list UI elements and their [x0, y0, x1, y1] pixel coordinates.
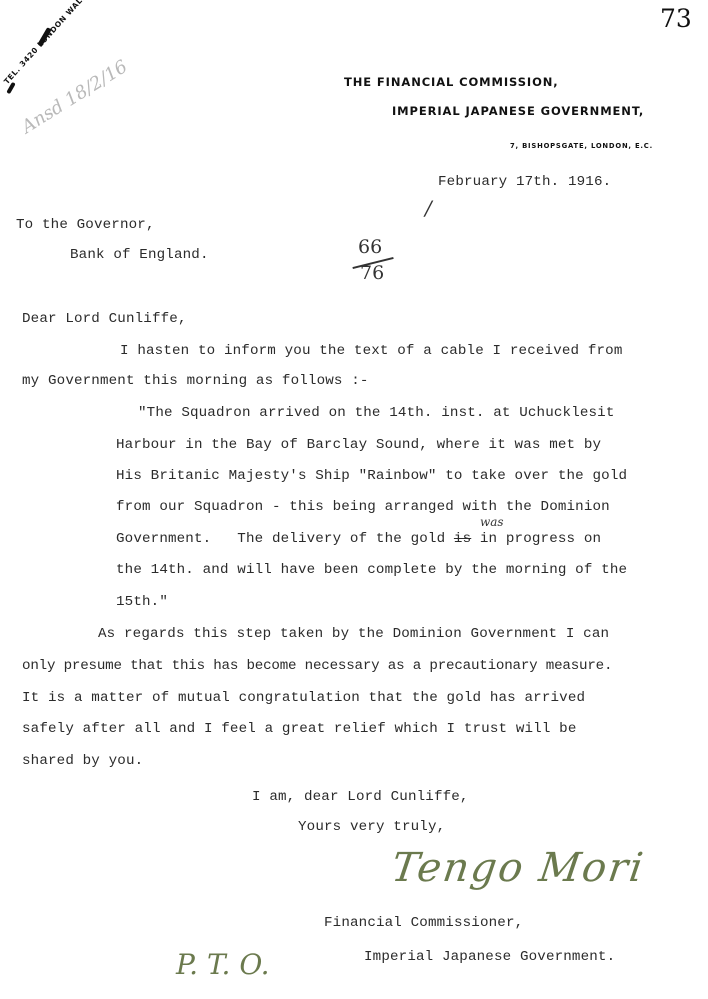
- signature: Tengo Mori: [389, 845, 648, 891]
- letterhead-line1: THE FINANCIAL COMMISSION,: [344, 75, 559, 89]
- tick-mark: /: [425, 196, 432, 220]
- page-number: 73: [660, 4, 692, 33]
- signatory-title-1: Financial Commissioner,: [324, 915, 523, 931]
- letter-date: February 17th. 1916.: [438, 174, 611, 190]
- cable-line-4: from our Squadron - this being arranged …: [116, 499, 610, 515]
- cable-line-3: His Britanic Majesty's Ship "Rainbow" to…: [116, 468, 627, 484]
- file-ref-bottom: 76: [360, 262, 384, 284]
- closing-para-line-2: only presume that this has become necess…: [22, 658, 612, 674]
- complimentary-close: I am, dear Lord Cunliffe,: [252, 789, 469, 805]
- received-annotation: Ansd 18/2/16: [18, 56, 131, 138]
- cable-line-5-end: in progress on: [471, 531, 601, 547]
- cable-line-7: 15th.": [116, 594, 168, 610]
- addressee-line1: To the Governor,: [16, 217, 155, 233]
- inserted-word: was: [480, 515, 504, 529]
- cable-line-5-start: Government. The delivery of the gold: [116, 531, 454, 547]
- closing-para-line-5: shared by you.: [22, 753, 143, 769]
- cable-line-6: the 14th. and will have been complete by…: [116, 562, 627, 578]
- letterhead-telephone: TEL. 3420 LONDON WALL.: [2, 0, 90, 86]
- cable-line-2: Harbour in the Bay of Barclay Sound, whe…: [116, 437, 601, 453]
- intro-line-2: my Government this morning as follows :-: [22, 373, 369, 389]
- struck-word: is: [454, 531, 471, 547]
- file-ref-top: 66: [358, 236, 382, 258]
- pto-annotation: P. T. O.: [176, 948, 270, 981]
- closing-para-line-1: As regards this step taken by the Domini…: [98, 626, 609, 642]
- salutation: Dear Lord Cunliffe,: [22, 311, 187, 327]
- letterhead-line2: IMPERIAL JAPANESE GOVERNMENT,: [392, 104, 644, 118]
- letterhead-address: 7, BISHOPSGATE, LONDON, E.C.: [510, 142, 653, 150]
- closing-para-line-4: safely after all and I feel a great reli…: [22, 721, 577, 737]
- addressee-line2: Bank of England.: [70, 247, 209, 263]
- signatory-title-2: Imperial Japanese Government.: [364, 949, 615, 965]
- cable-line-5: Government. The delivery of the gold is …: [116, 531, 601, 547]
- closing-para-line-3: It is a matter of mutual congratulation …: [22, 690, 585, 706]
- intro-line-1: I hasten to inform you the text of a cab…: [120, 343, 623, 359]
- cable-line-1: "The Squadron arrived on the 14th. inst.…: [138, 405, 615, 421]
- yours-truly: Yours very truly,: [298, 819, 445, 835]
